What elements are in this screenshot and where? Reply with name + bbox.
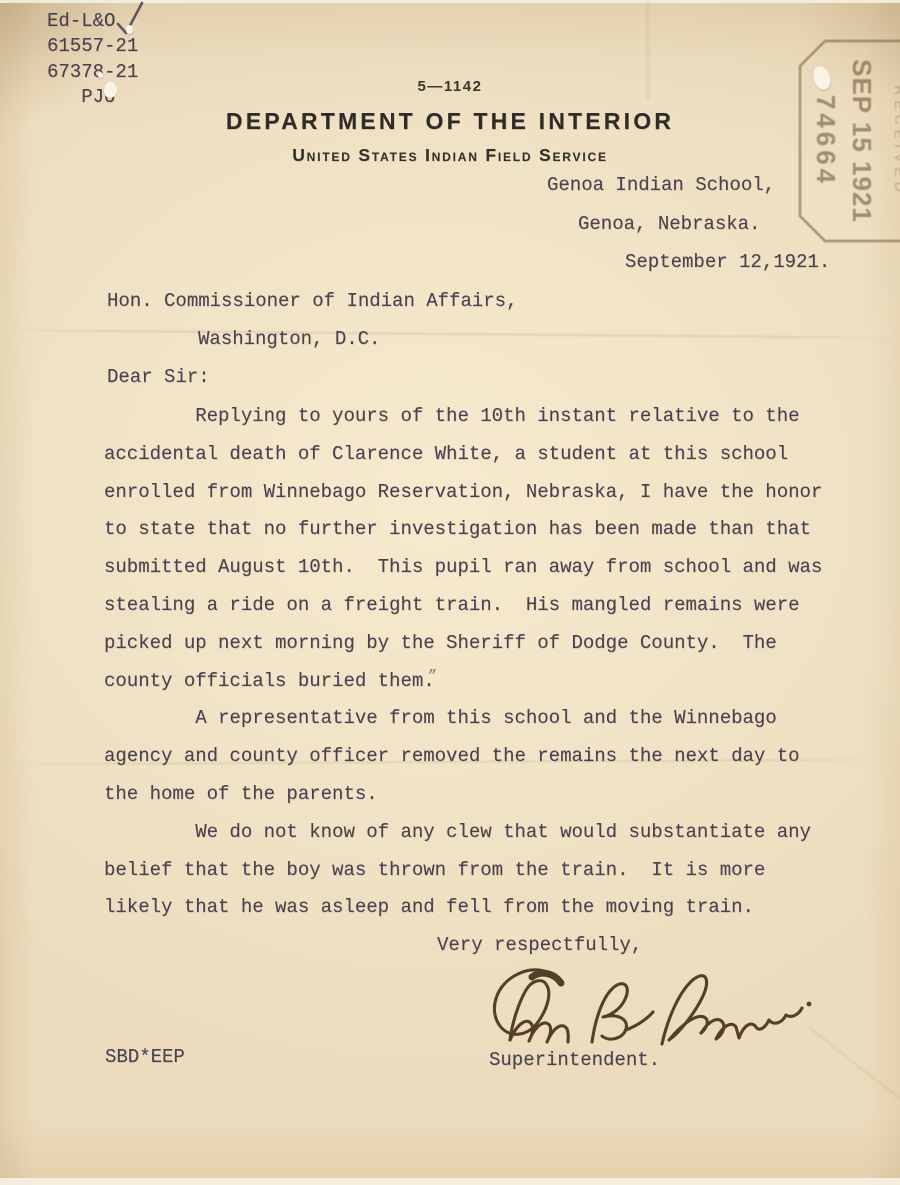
letterhead-title: DEPARTMENT OF THE INTERIOR [0, 108, 900, 135]
dateline-place: Genoa, Nebraska. [578, 213, 760, 235]
paper-chip [98, 72, 103, 78]
recipient-line1: Hon. Commissioner of Indian Affairs, [107, 290, 517, 312]
dateline-school: Genoa Indian School, [547, 174, 775, 196]
paper-chip [126, 25, 133, 34]
stray-typed-mark: ” [428, 668, 437, 685]
stamp-number-text: 74664 [811, 95, 841, 187]
signature [466, 962, 826, 1062]
scan-edge-bottom [0, 1178, 900, 1185]
scanned-letter-page: Ed-L&O 61557-21 67378-21 PJU 5—1142 DEPA… [0, 0, 900, 1185]
body-paragraph-1: Replying to yours of the 10th instant re… [104, 398, 864, 700]
stamp-received-text: RECEIVED [892, 85, 900, 197]
letter-body: Replying to yours of the 10th instant re… [104, 398, 864, 927]
letterhead-subtitle: United States Indian Field Service [0, 145, 900, 166]
form-number: 5—1142 [0, 78, 900, 95]
signer-title: Superintendent. [489, 1049, 660, 1071]
stamp-date-text: SEP 15 1921 [847, 59, 877, 223]
reference-initials: SBD*EEP [105, 1046, 185, 1068]
fold-crease [0, 329, 900, 339]
dateline-date: September 12,1921. [625, 251, 830, 273]
recipient-line2: Washington, D.C. [198, 328, 380, 350]
body-paragraph-3: We do not know of any clew that would su… [104, 814, 864, 927]
salutation: Dear Sir: [107, 366, 210, 388]
valediction: Very respectfully, [437, 934, 642, 956]
received-stamp-graphic: OFFICE RECEIVED SEP 15 1921 74664 [795, 36, 900, 246]
received-stamp: OFFICE RECEIVED SEP 15 1921 74664 [795, 36, 900, 246]
body-paragraph-2: A representative from this school and th… [104, 700, 864, 813]
